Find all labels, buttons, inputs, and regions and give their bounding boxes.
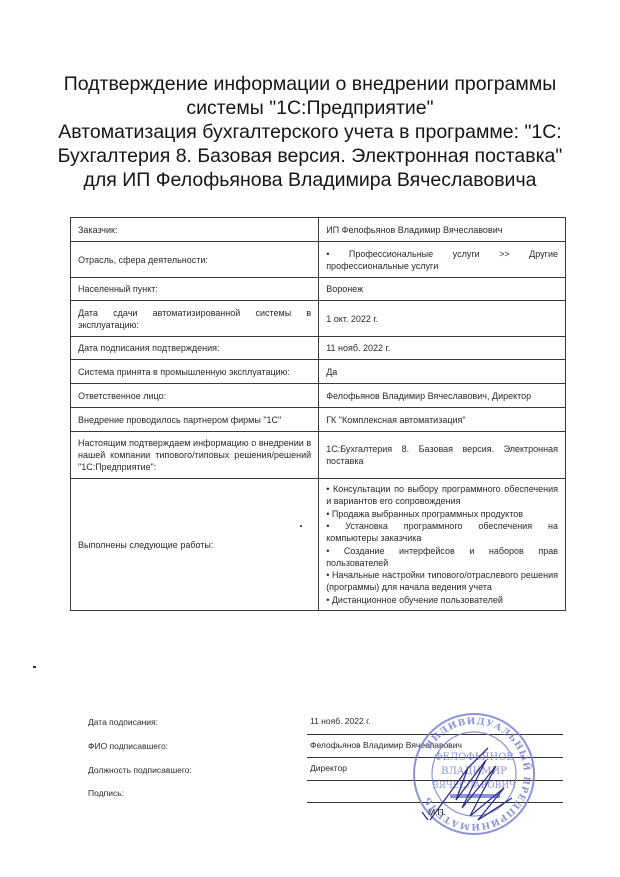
row-label: Настоящим подтверждаем информацию о внед… (71, 432, 319, 479)
table-row: Населенный пункт: Воронеж (71, 278, 566, 301)
stamp-icon: ИНДИВИДУАЛЬНЫЙ ПРЕДПРИНИМАТЕЛЬ ФЕЛОФЬЯНО… (408, 708, 540, 840)
signer-position-label: Должность подписавшего: (88, 765, 192, 775)
row-label: Заказчик: (71, 218, 319, 242)
list-item: • Продажа выбранных программных продукто… (326, 508, 558, 520)
value-line: поставка (326, 455, 558, 467)
row-value: ГК "Комплексная автоматизация" (319, 408, 566, 432)
title-line: Бухгалтерия 8. Базовая версия. Электронн… (40, 144, 580, 168)
row-label: Населенный пункт: (71, 278, 319, 301)
label-line: "1С:Предприятие": (78, 461, 311, 473)
table-row: Ответственное лицо: Фелофьянов Владимир … (71, 384, 566, 408)
list-item: • Консультации по выбору программного об… (326, 483, 558, 508)
scan-artifact (33, 666, 36, 668)
signature-label: Подпись: (88, 788, 124, 798)
label-line: Дата сдачи автоматизированной системы в (78, 307, 311, 319)
title-line: для ИП Фелофьянова Владимира Вячеславови… (40, 168, 580, 192)
row-value: 1С:Бухгалтерия 8. Базовая версия. Электр… (319, 432, 566, 479)
row-value: • Профессиональные услуги >> Другие проф… (319, 242, 566, 278)
table-row: Выполнены следующие работы: • Консультац… (71, 479, 566, 611)
table-row: Внедрение проводилось партнером фирмы "1… (71, 408, 566, 432)
scan-artifact (300, 525, 302, 527)
signer-position-value: Директор (310, 763, 347, 773)
row-value: Фелофьянов Владимир Вячеславович, Директ… (319, 384, 566, 408)
list-item: • Создание интерфейсов и наборов прав по… (326, 545, 558, 570)
works-list: • Консультации по выбору программного об… (326, 483, 558, 606)
label-line: Настоящим подтверждаем информацию о внед… (78, 437, 311, 449)
seal-place-label: М.П. (428, 807, 446, 817)
row-label: Система принята в промышленную эксплуата… (71, 360, 319, 384)
signer-name-label: ФИО подписавшего: (88, 741, 168, 751)
document-title: Подтверждение информации о внедрении про… (40, 72, 580, 192)
list-item: • Дистанционное обучение пользователей (326, 594, 558, 606)
list-item: • Установка программного обеспечения на … (326, 520, 558, 545)
title-line: Автоматизация бухгалтерского учета в про… (40, 120, 580, 144)
label-line: нашей компании типового/типовых решения/… (78, 449, 311, 461)
info-table: Заказчик: ИП Фелофьянов Владимир Вячесла… (70, 217, 566, 611)
table-row: Заказчик: ИП Фелофьянов Владимир Вячесла… (71, 218, 566, 242)
row-label: Ответственное лицо: (71, 384, 319, 408)
row-label: Дата подписания подтверждения: (71, 337, 319, 360)
row-value: Воронеж (319, 278, 566, 301)
title-line: системы "1С:Предприятие" (40, 96, 580, 120)
works-cell: • Консультации по выбору программного об… (319, 479, 566, 611)
row-label: Отрасль, сфера деятельности: (71, 242, 319, 278)
label-line: эксплуатацию: (78, 319, 311, 331)
table-row: Отрасль, сфера деятельности: • Профессио… (71, 242, 566, 278)
table-row: Система принята в промышленную эксплуата… (71, 360, 566, 384)
sign-date-label: Дата подписания: (88, 717, 158, 727)
table-row: Дата сдачи автоматизированной системы в … (71, 301, 566, 337)
table-row: Дата подписания подтверждения: 11 нояб. … (71, 337, 566, 360)
sign-date-value: 11 нояб. 2022 г. (310, 716, 371, 726)
row-value: 1 окт. 2022 г. (319, 301, 566, 337)
row-label: Выполнены следующие работы: (71, 479, 319, 611)
row-value: 11 нояб. 2022 г. (319, 337, 566, 360)
row-value: Да (319, 360, 566, 384)
row-label: Внедрение проводилось партнером фирмы "1… (71, 408, 319, 432)
table-row: Настоящим подтверждаем информацию о внед… (71, 432, 566, 479)
value-line: профессиональные услуги (326, 260, 558, 272)
row-label: Дата сдачи автоматизированной системы в … (71, 301, 319, 337)
value-line: 1С:Бухгалтерия 8. Базовая версия. Электр… (326, 443, 558, 455)
title-line: Подтверждение информации о внедрении про… (40, 72, 580, 96)
value-line: • Профессиональные услуги >> Другие (326, 248, 558, 260)
list-item: • Начальные настройки типового/отраслево… (326, 569, 558, 594)
row-value: ИП Фелофьянов Владимир Вячеславович (319, 218, 566, 242)
